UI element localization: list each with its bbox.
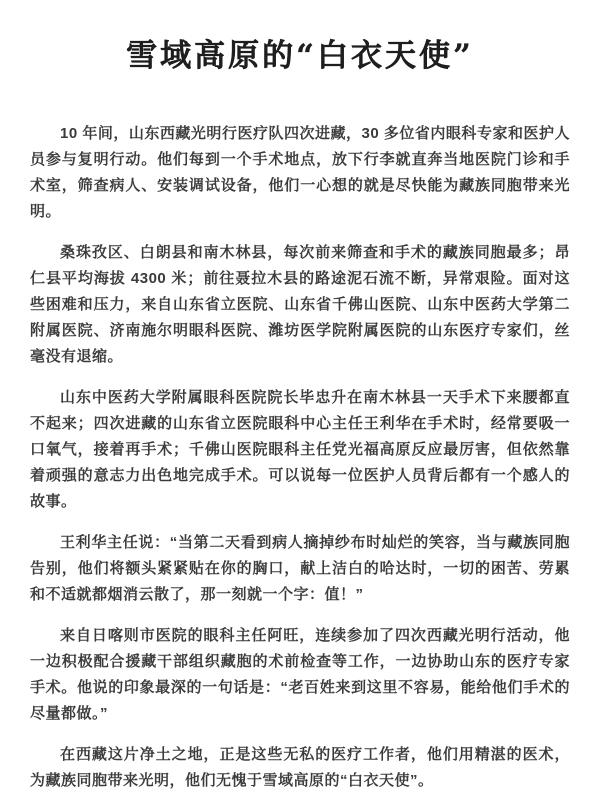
paragraph: 在西藏这片净土之地，正是这些无私的医疗工作者，他们用精湛的医术，为藏族同胞带来光… xyxy=(30,742,570,794)
paragraph: 山东中医药大学附属眼科医院院长毕忠升在南木林县一天手术下来腰都直不起来；四次进藏… xyxy=(30,385,570,515)
document-page: 雪域高原的“白衣天使” 10 年间，山东西藏光明行医疗队四次进藏，30 多位省内… xyxy=(0,0,600,800)
article-body: 10 年间，山东西藏光明行医疗队四次进藏，30 多位省内眼科专家和医护人员参与复… xyxy=(30,121,570,794)
paragraph: 10 年间，山东西藏光明行医疗队四次进藏，30 多位省内眼科专家和医护人员参与复… xyxy=(30,121,570,225)
paragraph: 王利华主任说：“当第二天看到病人摘掉纱布时灿烂的笑容，当与藏族同胞告别，他们将额… xyxy=(30,530,570,608)
paragraph: 桑珠孜区、白朗县和南木林县，每次前来筛查和手术的藏族同胞最多；昂仁县平均海拔 4… xyxy=(30,240,570,370)
paragraph: 来自日喀则市医院的眼科主任阿旺，连续参加了四次西藏光明行活动，他一边积极配合援藏… xyxy=(30,623,570,727)
article-title: 雪域高原的“白衣天使” xyxy=(30,30,570,75)
